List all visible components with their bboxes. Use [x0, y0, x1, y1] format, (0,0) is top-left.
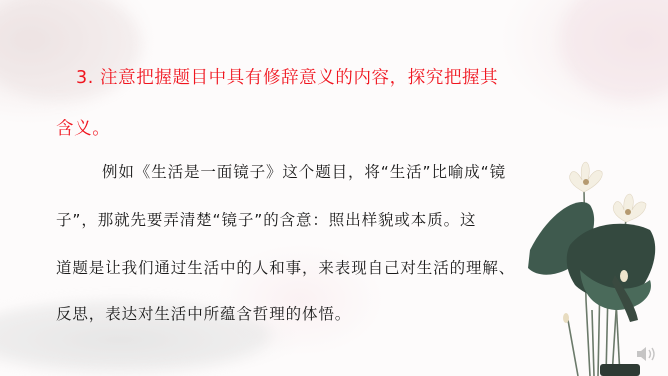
ink-wash-decoration	[560, 0, 668, 100]
body-text-line: 反思，表达对生活中所蕴含哲理的体悟。	[56, 302, 351, 324]
speaker-icon[interactable]	[636, 345, 658, 363]
section-heading: 3. 注意把握题目中具有修辞意义的内容，探究把握其	[76, 64, 498, 89]
presentation-slide: 3. 注意把握题目中具有修辞意义的内容，探究把握其 含义。 例如《生活是一面镜子…	[0, 0, 668, 376]
body-text-line: 道题是让我们通过生活中的人和事，来表现自己对生活的理解、	[56, 256, 515, 278]
body-text-line: 例如《生活是一面镜子》这个题目，将“生活”比喻成“镜	[102, 160, 506, 182]
body-text-line: 子”，那就先要弄清楚“镜子”的含意：照出样貌或本质。这	[56, 208, 476, 230]
section-heading-continued: 含义。	[56, 115, 110, 140]
lotus-illustration	[520, 150, 668, 376]
